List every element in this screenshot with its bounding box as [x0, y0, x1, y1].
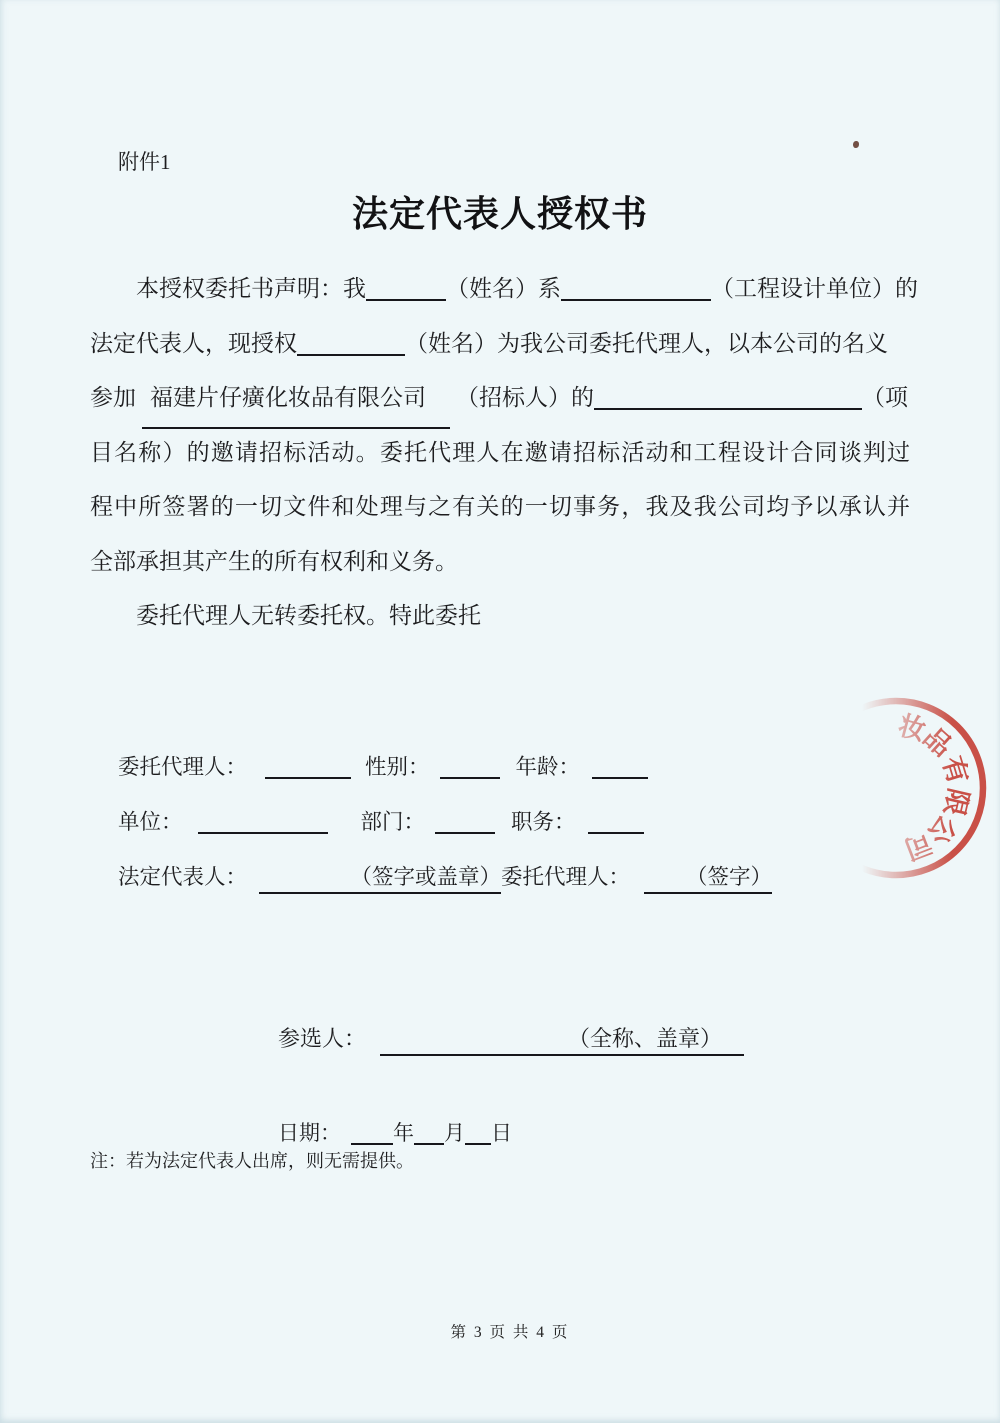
blank-year: [351, 1123, 393, 1145]
year-label: 年: [393, 1121, 414, 1145]
paragraph-line-4: 目名称）的邀请招标活动。委托代理人在邀请招标活动和工程设计合同谈判过: [90, 426, 910, 481]
line1-text-b: （姓名）系: [446, 276, 561, 301]
seal-char-you: 有: [937, 753, 974, 788]
seal-char-si: 司: [900, 827, 936, 865]
form-row-agent: 委托代理人：性别：年龄：: [118, 750, 648, 781]
legal-rep-label: 法定代表人：: [118, 865, 247, 889]
paragraph-line-6: 全部承担其产生的所有权利和义务。: [90, 535, 930, 590]
blank-month: [414, 1123, 444, 1145]
duty-label: 职务：: [511, 810, 576, 834]
participant-row: 参选人：（全称、盖章）: [278, 1022, 744, 1056]
paragraph-line-5: 程中所签署的一切文件和处理与之有关的一切事务，我及我公司均予以承认并: [90, 480, 910, 535]
line3-text-a: 参加: [90, 385, 136, 410]
authorization-paragraph: 本授权委托书声明：我（姓名）系（工程设计单位）的 法定代表人，现授权（姓名）为我…: [90, 262, 930, 644]
blank-gender: [440, 757, 500, 779]
scanned-document-page: 附件1 法定代表人授权书 本授权委托书声明：我（姓名）系（工程设计单位）的 法定…: [0, 0, 1000, 1423]
paragraph-line-7: 委托代理人无转委托权。特此委托: [90, 589, 930, 644]
agent-signature-line: （签字）: [644, 860, 772, 894]
paragraph-line-2: 法定代表人，现授权（姓名）为我公司委托代理人，以本公司的名义: [90, 317, 930, 372]
participant-label: 参选人：: [278, 1026, 366, 1051]
company-seal-stamp: 妆 品 有 限 公 司: [780, 650, 1000, 930]
blank-unit: [198, 812, 328, 834]
participant-name-line: （全称、盖章）: [380, 1022, 744, 1056]
blank-project-name: [594, 388, 862, 410]
attachment-label: 附件1: [118, 146, 171, 176]
day-label: 日: [491, 1121, 512, 1145]
paragraph-line-3: 参加福建片仔癀化妆品有限公司（招标人）的（项: [90, 371, 930, 426]
dept-label: 部门：: [361, 810, 426, 834]
agent2-label: 委托代理人：: [501, 865, 630, 889]
date-label: 日期：: [278, 1121, 341, 1145]
line3-text-c: （项: [862, 385, 908, 410]
line2-text-b: （姓名）为我公司委托代理人，以本公司的名义: [405, 331, 888, 356]
unit-label: 单位：: [118, 810, 183, 834]
page-number: 第 3 页 共 4 页: [0, 1320, 1000, 1342]
agent-label: 委托代理人：: [118, 755, 247, 779]
form-row-unit: 单位：部门：职务：: [118, 805, 644, 836]
tenderee-company-name: 福建片仔癀化妆品有限公司: [142, 371, 450, 429]
seal-char-pin: 品: [917, 722, 957, 762]
form-row-signatures: 法定代表人：（签字或盖章）委托代理人：（签字）: [118, 860, 772, 894]
age-label: 年龄：: [516, 755, 581, 779]
date-row: 日期：年月日: [278, 1117, 512, 1147]
blank-dept: [435, 812, 495, 834]
legal-rep-signature-line: （签字或盖章）: [259, 860, 501, 894]
blank-age: [592, 757, 648, 779]
gender-label: 性别：: [365, 755, 430, 779]
blank-agent: [265, 757, 351, 779]
red-seal-icon: 妆 品 有 限 公 司: [780, 650, 1000, 930]
seal-char-xian: 限: [938, 785, 973, 818]
footnote: 注：若为法定代表人出席，则无需提供。: [90, 1147, 414, 1173]
seal-char-gong: 公: [922, 809, 962, 849]
month-label: 月: [444, 1121, 465, 1145]
line2-text-a: 法定代表人，现授权: [90, 331, 297, 356]
scan-speck: [853, 141, 859, 148]
blank-agent-name: [297, 334, 405, 356]
line3-text-b: （招标人）的: [456, 385, 594, 410]
line1-text-a: 本授权委托书声明：我: [136, 276, 366, 301]
line1-text-c: （工程设计单位）的: [711, 276, 918, 301]
blank-design-unit: [561, 279, 711, 301]
paragraph-line-1: 本授权委托书声明：我（姓名）系（工程设计单位）的: [90, 262, 930, 317]
blank-duty: [588, 812, 644, 834]
blank-day: [465, 1123, 491, 1145]
blank-principal-name: [366, 279, 446, 301]
seal-char-zhuang: 妆: [895, 709, 929, 746]
document-title: 法定代表人授权书: [0, 186, 1000, 237]
